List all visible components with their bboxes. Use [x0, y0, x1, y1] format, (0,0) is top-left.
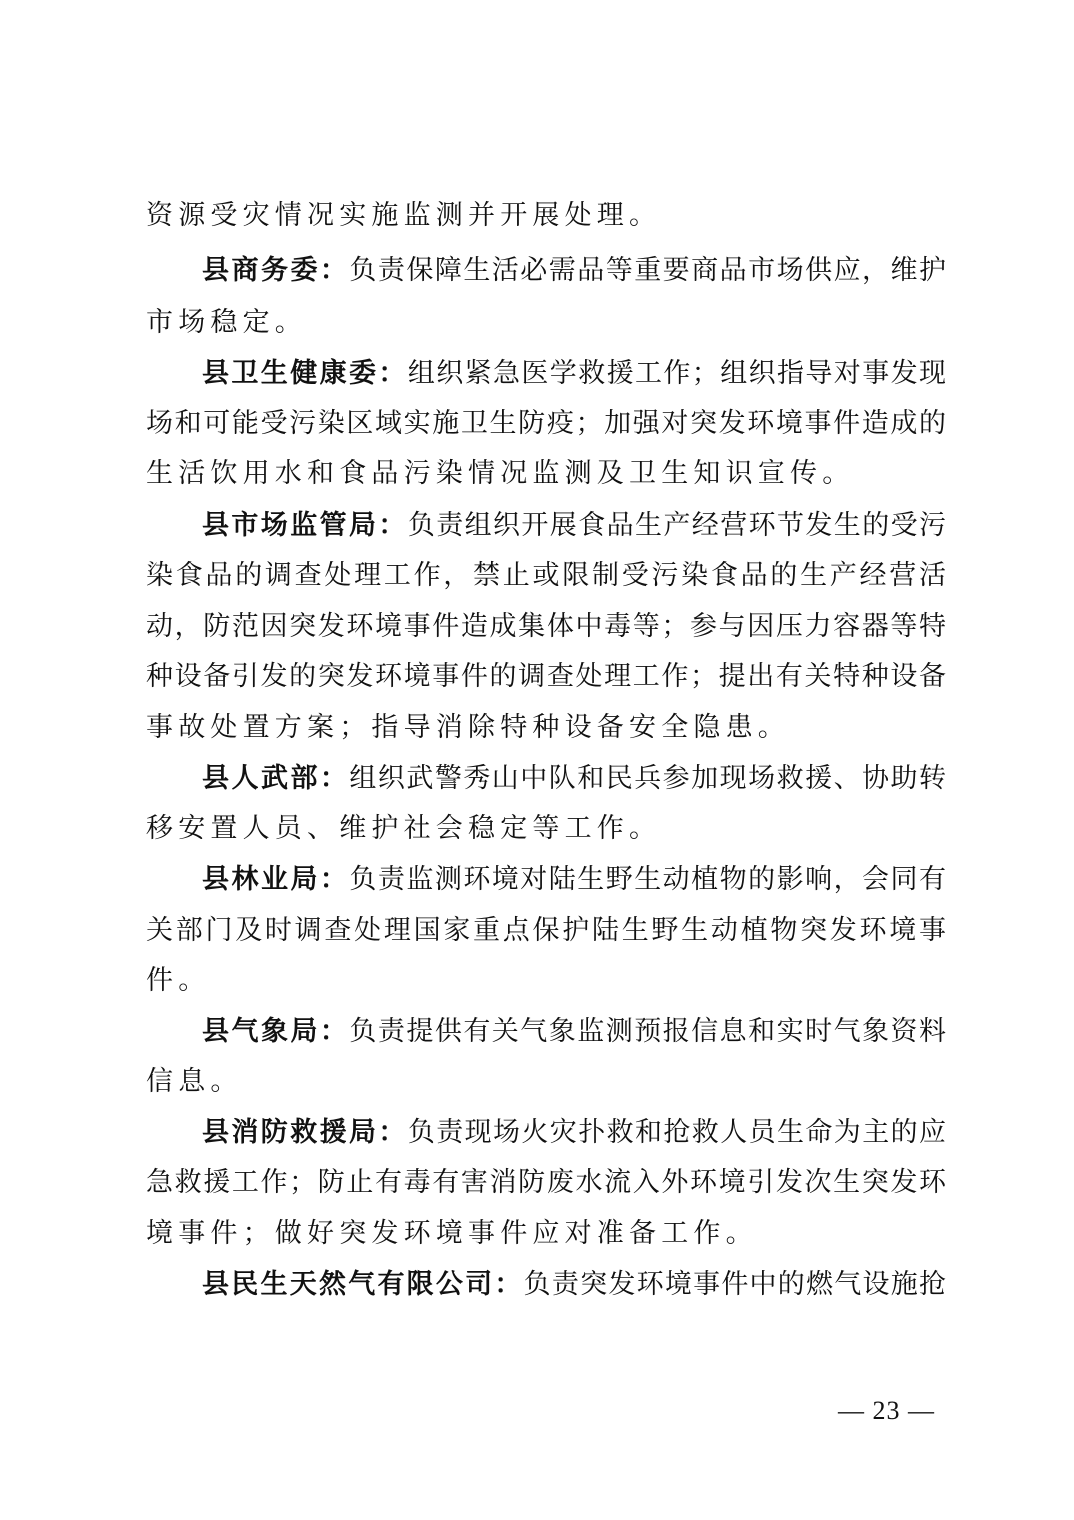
paragraph-text: 组织武警秀山中队和民兵参加现场救援、协助转	[349, 763, 946, 794]
paragraph-text: 负责保障生活必需品等重要商品市场供应，维护	[349, 255, 946, 286]
paragraph-first-line: 县卫生健康委：组织紧急医学救援工作；组织指导对事发现	[202, 356, 946, 392]
paragraph-text: 负责组织开展食品生产经营环节发生的受污	[408, 510, 946, 541]
paragraph-line: 信息。	[146, 1064, 946, 1100]
paragraph-heading: 县人武部：	[202, 763, 349, 794]
paragraph-heading: 县气象局：	[202, 1016, 349, 1047]
paragraph-line: 动，防范因突发环境事件造成集体中毒等；参与因压力容器等特	[146, 609, 946, 645]
paragraph-first-line: 县林业局：负责监测环境对陆生野生动植物的影响，会同有	[202, 862, 946, 898]
paragraph-heading: 县商务委：	[202, 255, 349, 286]
paragraph-heading: 县消防救援局：	[202, 1117, 408, 1148]
paragraph-first-line: 县人武部：组织武警秀山中队和民兵参加现场救援、协助转	[202, 761, 946, 797]
paragraph-first-line: 县民生天然气有限公司：负责突发环境事件中的燃气设施抢	[202, 1267, 946, 1303]
paragraph-text: 负责现场火灾扑救和抢救人员生命为主的应	[408, 1117, 946, 1148]
paragraph-line: 资源受灾情况实施监测并开展处理。	[146, 198, 946, 234]
paragraph-first-line: 县气象局：负责提供有关气象监测预报信息和实时气象资料	[202, 1014, 946, 1050]
paragraph-text: 负责突发环境事件中的燃气设施抢	[524, 1269, 946, 1300]
paragraph-heading: 县卫生健康委：	[202, 358, 408, 389]
paragraph-line: 场和可能受污染区域实施卫生防疫；加强对突发环境事件造成的	[146, 406, 946, 442]
paragraph-line: 种设备引发的突发环境事件的调查处理工作；提出有关特种设备	[146, 659, 946, 695]
paragraph-line: 件。	[146, 963, 946, 999]
paragraph-first-line: 县消防救援局：负责现场火灾扑救和抢救人员生命为主的应	[202, 1115, 946, 1151]
paragraph-first-line: 县市场监管局：负责组织开展食品生产经营环节发生的受污	[202, 508, 946, 544]
page-number: — 23 —	[838, 1396, 935, 1426]
document-page: 资源受灾情况实施监测并开展处理。 县商务委：负责保障生活必需品等重要商品市场供应…	[0, 0, 1074, 1520]
paragraph-line: 染食品的调查处理工作，禁止或限制受污染食品的生产经营活	[146, 558, 946, 594]
paragraph-line: 境事件；做好突发环境事件应对准备工作。	[146, 1216, 946, 1252]
paragraph-line: 事故处置方案；指导消除特种设备安全隐患。	[146, 710, 946, 746]
paragraph-first-line: 县商务委：负责保障生活必需品等重要商品市场供应，维护	[202, 253, 946, 289]
paragraph-heading: 县市场监管局：	[202, 510, 408, 541]
paragraph-line: 移安置人员、维护社会稳定等工作。	[146, 811, 946, 847]
paragraph-text: 负责监测环境对陆生野生动植物的影响，会同有	[349, 864, 946, 895]
paragraph-heading: 县林业局：	[202, 864, 349, 895]
paragraph-line: 关部门及时调查处理国家重点保护陆生野生动植物突发环境事	[146, 913, 946, 949]
paragraph-text: 负责提供有关气象监测预报信息和实时气象资料	[349, 1016, 946, 1047]
paragraph-text: 组织紧急医学救援工作；组织指导对事发现	[408, 358, 946, 389]
paragraph-line: 急救援工作；防止有毒有害消防废水流入外环境引发次生突发环	[146, 1165, 946, 1201]
paragraph-line: 市场稳定。	[146, 305, 946, 341]
paragraph-line: 生活饮用水和食品污染情况监测及卫生知识宣传。	[146, 456, 946, 492]
paragraph-heading: 县民生天然气有限公司：	[202, 1269, 524, 1300]
